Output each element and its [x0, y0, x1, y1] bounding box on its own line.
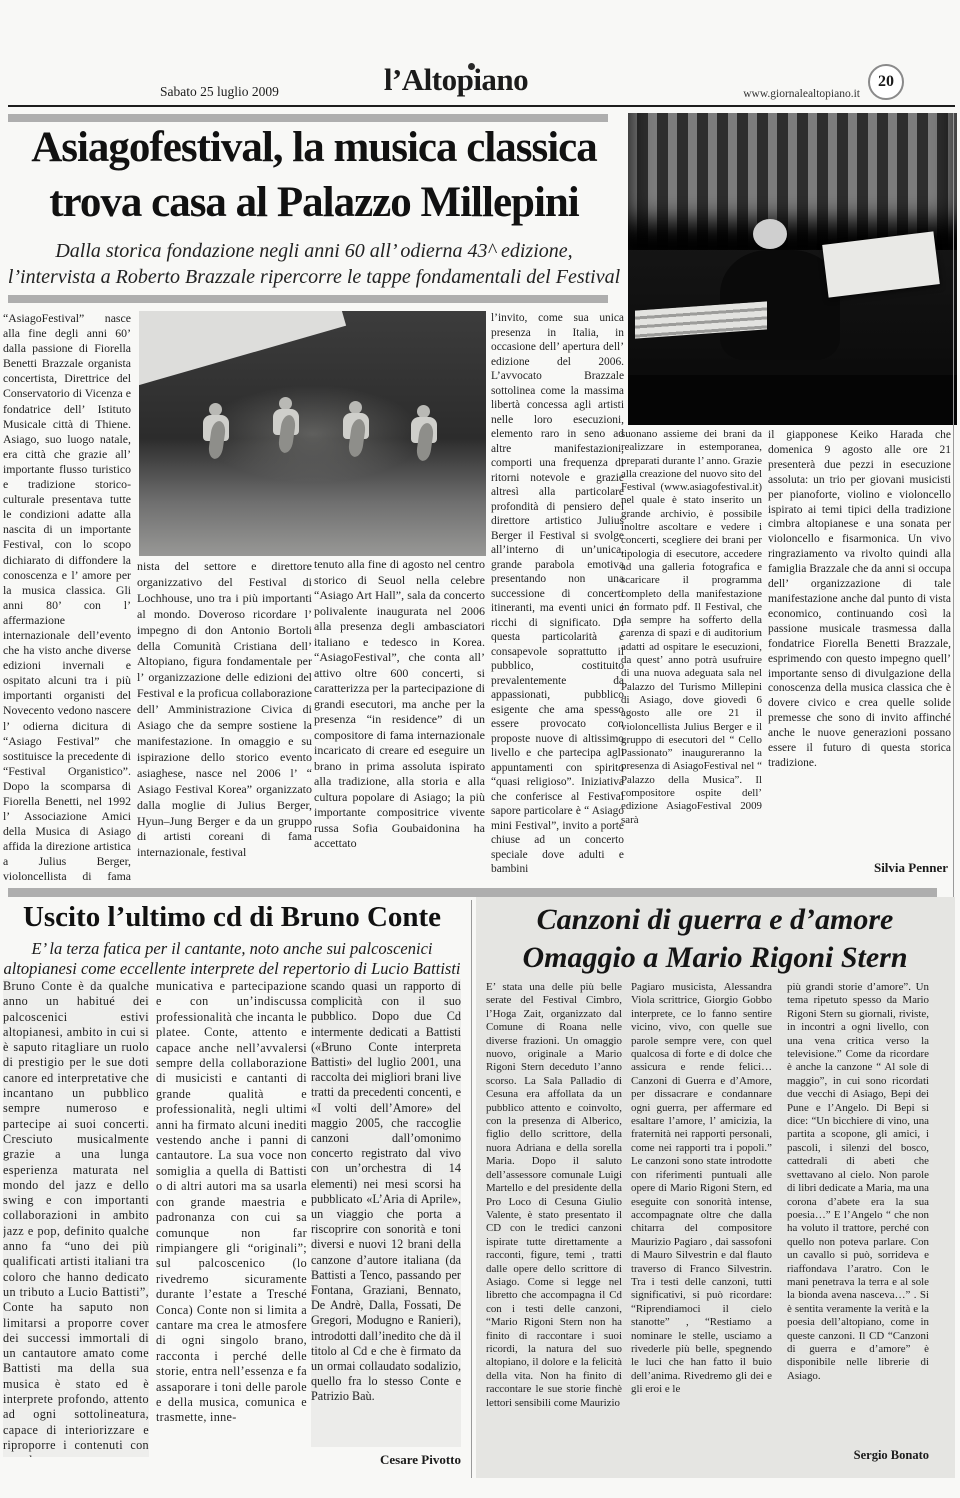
stage-curtain-highlight: [139, 311, 346, 389]
cd-article-subhead: E’ la terza fatica per il cantante, noto…: [0, 939, 464, 979]
performer-silhouette: [339, 401, 373, 457]
stern-article-col-3: più grandi storie d’amore”. Un tema ripe…: [787, 981, 929, 1443]
stage-glow: [201, 385, 423, 483]
main-article-col-6: il giapponese Keiko Harada che domenica …: [768, 428, 951, 856]
organist-head: [753, 219, 787, 249]
main-article-col-4: l’invito, come sua unica presenza in Ita…: [491, 311, 624, 888]
separator-bar-mid: [8, 295, 608, 303]
page-number-badge: 20: [868, 64, 904, 100]
article-divider-rule: [471, 900, 472, 1478]
organ-bench: [628, 375, 957, 425]
cd-subhead-line1: E’ la terza fatica per il cantante, noto…: [0, 939, 464, 959]
main-headline-line2: trova casa al Palazzo Millepini: [0, 175, 628, 230]
cd-article-col-1: Bruno Conte è da qualche anno un habitué…: [3, 979, 149, 1457]
masthead-emblem-icon: [468, 63, 475, 70]
performer-silhouette: [199, 403, 233, 459]
performer-silhouette: [407, 405, 441, 461]
stern-article-col-2: Pagiaro musicista, Alessandra Viola scri…: [631, 981, 772, 1449]
website-url: www.giornalealtopiano.it: [700, 88, 860, 100]
main-article-col-5: suonano assieme dei brani da realizzare …: [621, 428, 762, 888]
cd-article-col-2: municativa e partecipazione e con un’ind…: [156, 979, 307, 1479]
photo-organist: [628, 113, 957, 425]
performer-silhouette: [269, 397, 303, 453]
header-rule: [8, 105, 955, 107]
main-subhead-line2: l’intervista a Roberto Brazzale ripercor…: [0, 264, 628, 290]
main-article-col-2: nista del settore e direttore organizzat…: [137, 559, 312, 889]
stern-article-col-1: E’ stata una delle più belle serate del …: [486, 981, 622, 1449]
main-subhead: Dalla storica fondazione negli anni 60 a…: [0, 238, 628, 290]
cd-article-col-3: scando quasi un rapporto di complicità c…: [311, 979, 461, 1447]
organ-pipes: [628, 113, 957, 250]
main-article-col-3: tenuto alla fine di agosto nel centro st…: [314, 557, 485, 889]
main-article-byline: Silvia Penner: [768, 860, 948, 876]
photo-cello-ensemble: [139, 311, 486, 556]
separator-bar-bottom: [8, 888, 937, 897]
stern-article-byline: Sergio Bonato: [787, 1448, 929, 1463]
cd-article-byline: Cesare Pivotto: [311, 1452, 461, 1468]
cd-subhead-line2: altopianesi come eccellente interprete d…: [0, 959, 464, 979]
main-article-col-1: “AsiagoFestival” nasce alla fine degli a…: [3, 311, 131, 888]
cd-article-headline: Uscito l’ultimo cd di Bruno Conte: [0, 898, 464, 936]
newspaper-page: Sabato 25 luglio 2009 l’Altopiano www.gi…: [0, 0, 960, 1498]
stern-headline-line2: Omaggio a Mario Rigoni Stern: [480, 939, 950, 977]
main-headline: Asiagofestival, la musica classica trova…: [0, 120, 628, 230]
main-subhead-line1: Dalla storica fondazione negli anni 60 a…: [0, 238, 628, 264]
stern-article-headline: Canzoni di guerra e d’amore Omaggio a Ma…: [480, 901, 950, 977]
main-headline-line1: Asiagofestival, la musica classica: [0, 120, 628, 175]
stern-headline-line1: Canzoni di guerra e d’amore: [480, 901, 950, 939]
